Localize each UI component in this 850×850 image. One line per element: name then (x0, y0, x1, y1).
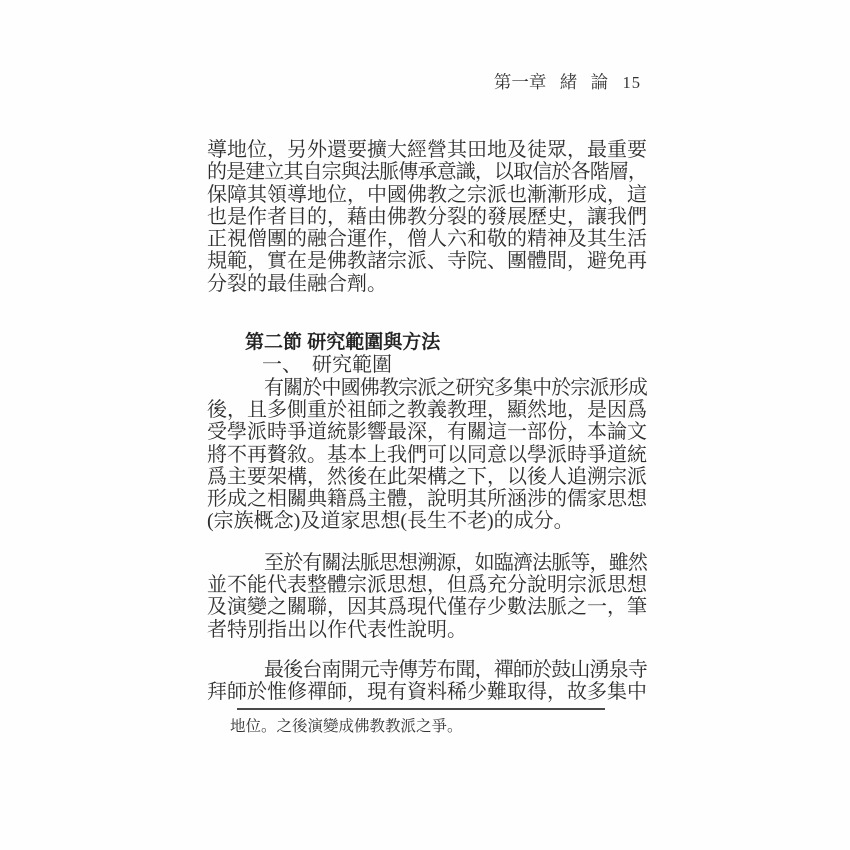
text-line: 者特別指出以作代表性說明。 (207, 619, 647, 641)
footnote-separator (237, 708, 605, 710)
subsection-heading: 一、 研究範圍 (207, 354, 647, 376)
text-line: 並不能代表整體宗派思想，但爲充分說明宗派思想 (207, 574, 647, 596)
paragraph-kaiyuan-temple: 最後台南開元寺傳芳布聞，禪師於鼓山湧泉寺拜師於惟修禪師，現有資料稀少難取得，故多… (207, 659, 647, 704)
text-line: 規範，實在是佛教諸宗派、寺院、團體間，避免再 (207, 250, 647, 272)
text-line: 將不再贅敘。基本上我們可以同意以學派時爭道統 (207, 444, 647, 466)
text-line: 爲主要架構，然後在此架構之下，以後人追溯宗派 (207, 466, 647, 488)
text-line: 有關於中國佛教宗派之研究多集中於宗派形成 (207, 377, 647, 399)
text-line: 及演變之關聯，因其爲現代僅存少數法脈之一，筆 (207, 596, 647, 618)
footnote: 地位。之後演變成佛教教派之爭。 (230, 717, 463, 736)
text-line: 的是建立其自宗與法脈傳承意識，以取信於各階層， (207, 161, 647, 183)
text-line: 正視僧團的融合運作，僧人六和敬的精神及其生活 (207, 228, 647, 250)
text-line: 拜師於惟修禪師，現有資料稀少難取得，故多集中 (207, 681, 647, 703)
text-column: 導地位，另外還要擴大經營其田地及徒眾，最重要的是建立其自宗與法脈傳承意識，以取信… (207, 0, 647, 704)
book-page: 第一章 緒 論 15 導地位，另外還要擴大經營其田地及徒眾，最重要的是建立其自宗… (0, 0, 850, 850)
text-line: 至於有關法脈思想溯源，如臨濟法脈等，雖然 (207, 552, 647, 574)
text-line: 保障其領導地位，中國佛教之宗派也漸漸形成，這 (207, 184, 647, 206)
text-line: 最後台南開元寺傳芳布聞，禪師於鼓山湧泉寺 (207, 659, 647, 681)
text-line: 也是作者目的，藉由佛教分裂的發展歷史，讓我們 (207, 206, 647, 228)
section-heading: 第二節 研究範圍與方法 (207, 332, 647, 354)
text-line: 形成之相關典籍爲主體，說明其所涵涉的儒家思想 (207, 488, 647, 510)
paragraph-research-scope: 有關於中國佛教宗派之研究多集中於宗派形成後，且多側重於祖師之教義教理，顯然地，是… (207, 377, 647, 533)
text-line: 導地位，另外還要擴大經營其田地及徒眾，最重要 (207, 139, 647, 161)
text-line: 後，且多側重於祖師之教義教理，顯然地，是因爲 (207, 399, 647, 421)
text-line: (宗族概念)及道家思想(長生不老)的成分。 (207, 510, 647, 532)
text-line: 分裂的最佳融合劑。 (207, 273, 647, 295)
paragraph-dharma-lineage: 至於有關法脈思想溯源，如臨濟法脈等，雖然並不能代表整體宗派思想，但爲充分說明宗派… (207, 552, 647, 641)
paragraph-continuation: 導地位，另外還要擴大經營其田地及徒眾，最重要的是建立其自宗與法脈傳承意識，以取信… (207, 139, 647, 295)
text-line: 受學派時爭道統影響最深，有關這一部份，本論文 (207, 421, 647, 443)
